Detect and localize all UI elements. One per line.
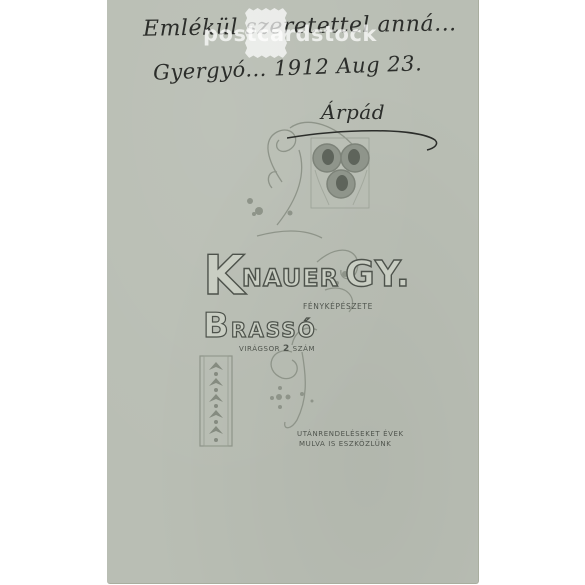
studio-brand: KNAUERGY.	[203, 236, 411, 299]
brand-name: NAUER	[242, 264, 339, 292]
watermark-text: postcardstock	[203, 22, 377, 46]
reorder-note-line-1: UTÁNRENDELÉSEKET ÉVEK	[297, 430, 404, 438]
handwritten-signature: Árpád	[321, 100, 385, 124]
floral-strip	[200, 356, 232, 446]
reorder-note-line-2: MULVA IS ESZKÖZLÜNK	[299, 440, 391, 448]
studio-address: VIRÁGSOR 2 SZÁM	[239, 344, 315, 354]
city-initial: B	[203, 306, 231, 346]
brand-suffix: GY.	[345, 254, 411, 295]
photo-card-back: Emlékül szeretettel anná... Gyergyó... 1…	[107, 0, 479, 584]
signature-flourish	[287, 126, 447, 156]
city-name: RASSÓ	[231, 318, 317, 342]
brand-initial: K	[203, 244, 246, 307]
studio-city: BRASSÓ	[203, 306, 317, 346]
